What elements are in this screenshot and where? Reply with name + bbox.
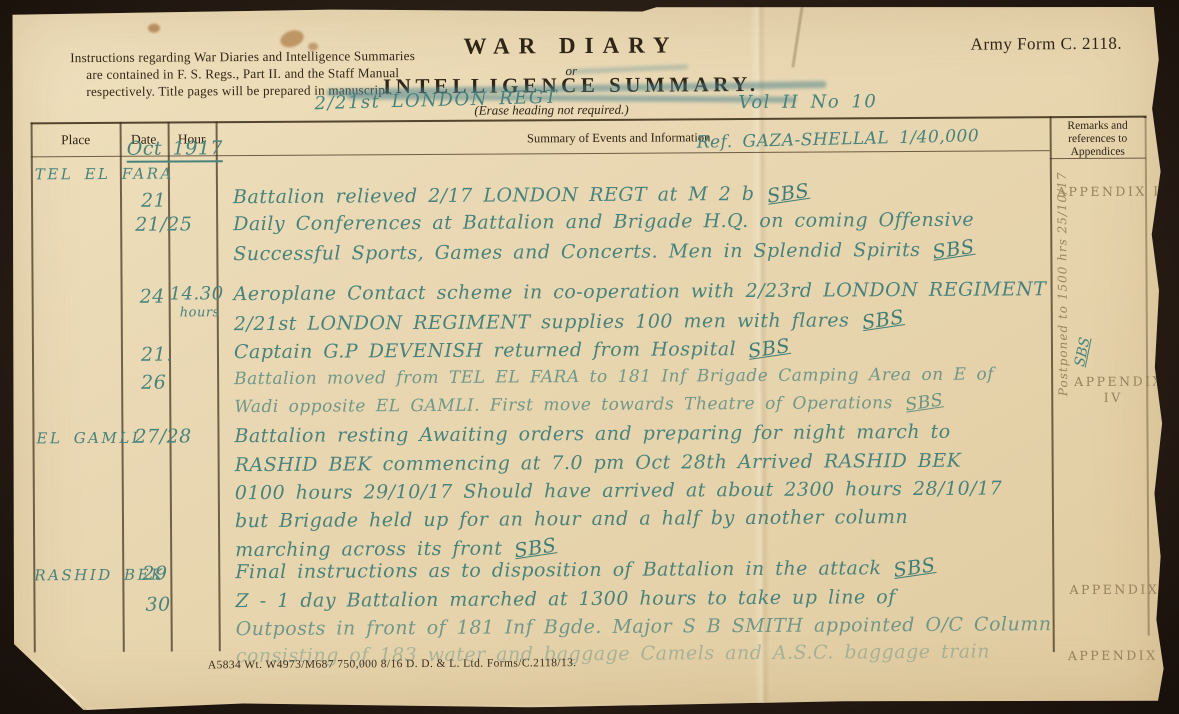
- summary-remarks-divider: [1050, 116, 1055, 652]
- stain: [278, 27, 306, 50]
- army-form-number: Army Form C. 2118.: [971, 34, 1123, 55]
- entry-line: RASHID BEK commencing at 7.0 pm Oct 28th…: [235, 450, 962, 476]
- form-imprint: A5834 Wt. W4973/M687 750,000 8/16 D. D. …: [208, 657, 577, 671]
- entry-text: marching across its front: [235, 538, 502, 562]
- folded-corner: [12, 628, 94, 710]
- entry-line: Final instructions as to disposition of …: [235, 556, 936, 583]
- entry-date: 21: [141, 190, 166, 212]
- volume-annotation: Vol II No 10: [738, 91, 877, 113]
- signature: SBS: [747, 334, 792, 363]
- entry-text: Battalion relieved 2/17 LONDON REGT at M…: [233, 183, 755, 208]
- entry-date: 21/25: [135, 213, 192, 235]
- entry-text: Wadi opposite EL GAMLI. First move towar…: [234, 393, 893, 417]
- date-hour-divider: [168, 122, 173, 652]
- entry-line: Successful Sports, Games and Concerts. M…: [233, 238, 975, 266]
- entry-line: marching across its frontSBS: [235, 536, 557, 561]
- entry-date: 29: [142, 563, 167, 585]
- entry-line: Wadi opposite EL GAMLI. First move towar…: [234, 393, 943, 417]
- appendix-remark: APPENDIX VI: [1068, 647, 1179, 663]
- entry-line: Aeroplane Contact scheme in co-operation…: [234, 278, 1047, 305]
- appendix-remark: APPENDIX IV: [1074, 374, 1152, 406]
- entry-line: Battalion moved from TEL EL FARA to 181 …: [234, 365, 994, 390]
- war-diary-page: Instructions regarding War Diaries and I…: [8, 3, 1166, 710]
- entry-date: 30: [145, 594, 170, 616]
- signature: SBS: [860, 305, 905, 334]
- appendix-remark: APPENDIX V: [1069, 581, 1177, 597]
- entry-line: Battalion relieved 2/17 LONDON REGT at M…: [233, 182, 809, 209]
- entry-text: Final instructions as to disposition of …: [235, 557, 881, 583]
- month-annotation: Oct 1917: [127, 137, 223, 163]
- entry-line: but Brigade held up for an hour and a ha…: [235, 506, 908, 532]
- entry-text: Successful Sports, Games and Concerts. M…: [233, 239, 920, 265]
- col-header-place: Place: [39, 132, 113, 148]
- entry-line: Battalion resting Awaiting orders and pr…: [234, 421, 950, 447]
- stain: [148, 24, 160, 33]
- entry-line: Z - 1 day Battalion marched at 1300 hour…: [235, 586, 895, 612]
- war-diary-title: WAR DIARY: [464, 32, 679, 59]
- postponed-note: Postponed to 1500 hrs 25/10/17: [1055, 256, 1070, 396]
- entry-line: Captain G.P DEVENISH returned from Hospi…: [234, 337, 791, 363]
- hour-summary-divider: [216, 121, 221, 651]
- signature: SBS: [892, 553, 937, 582]
- entry-date: 27/28: [134, 425, 191, 447]
- entry-text: 2/21st LONDON REGIMENT supplies 100 men …: [234, 309, 850, 335]
- photo-backdrop: Instructions regarding War Diaries and I…: [0, 0, 1179, 714]
- entry-hour: 14.30: [170, 283, 224, 304]
- place-el-gamli: EL GAMLI: [36, 429, 140, 448]
- entry-hour-unit: hours: [180, 305, 220, 320]
- entry-line: Daily Conferences at Battalion and Briga…: [233, 209, 974, 236]
- appendix-remark: APPENDIX III: [1057, 183, 1176, 199]
- entry-date: 24: [140, 286, 165, 308]
- paper-tear: [791, 6, 803, 68]
- signature: SBS: [904, 390, 944, 415]
- place-tel-el-fara: TEL EL FARA: [35, 165, 174, 184]
- signature: SBS: [1072, 336, 1094, 368]
- entry-line: 0100 hours 29/10/17 Should have arrived …: [235, 477, 1003, 504]
- signature: SBS: [931, 235, 976, 264]
- entry-text: Captain G.P DEVENISH returned from Hospi…: [234, 338, 736, 363]
- signature: SBS: [765, 179, 810, 208]
- entry-line: 2/21st LONDON REGIMENT supplies 100 men …: [234, 308, 904, 335]
- col-header-remarks: Remarks and references to Appendices: [1053, 120, 1143, 160]
- entry-date: 21.: [141, 344, 173, 366]
- entry-line: Outposts in front of 181 Inf Bgde. Major…: [236, 613, 1052, 640]
- entry-date: 26: [141, 372, 166, 394]
